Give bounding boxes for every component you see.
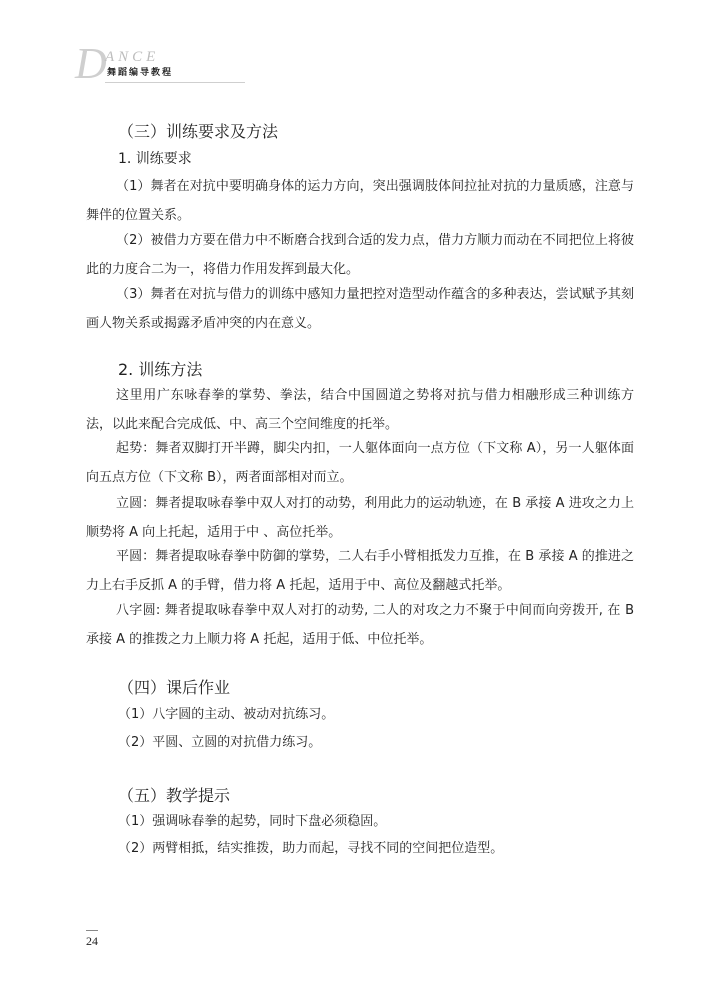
paragraph: 起势：舞者双脚打开半蹲，脚尖内扣，一人躯体面向一点方位（下文称 A），另一人躯体… xyxy=(86,434,634,492)
book-title: 舞蹈编导教程 xyxy=(107,69,173,78)
section-heading-3: （三）训练要求及方法 xyxy=(118,122,278,142)
dance-logo-text: ANCE xyxy=(105,50,159,65)
subsection-heading-requirements: 1. 训练要求 xyxy=(118,150,192,168)
paragraph: （3）舞者在对抗与借力的训练中感知力量把控对造型动作蕴含的多种表达，尝试赋予其刻… xyxy=(86,280,634,338)
running-header: D ANCE 舞蹈编导教程 xyxy=(75,50,235,90)
paragraph: 立圆：舞者提取咏春拳中双人对打的动势，利用此力的运动轨迹，在 B 承接 A 进攻… xyxy=(86,489,634,547)
list-item: （2）平圆、立圆的对抗借力练习。 xyxy=(118,734,321,752)
paragraph: （2）被借力方要在借力中不断磨合找到合适的发力点，借力方顺力而动在不同把位上将彼… xyxy=(86,226,634,284)
list-item: （2）两臂相抵，结实推拨，助力而起，寻找不同的空间把位造型。 xyxy=(118,840,503,858)
dance-logo-letter: D xyxy=(75,42,107,86)
subsection-heading-methods: 2. 训练方法 xyxy=(118,360,202,380)
section-heading-5: （五）教学提示 xyxy=(118,786,230,806)
page-number: 24 xyxy=(86,934,98,949)
section-heading-4: （四）课后作业 xyxy=(118,678,230,698)
paragraph: 八字圆: 舞者提取咏春拳中双人对打的动势, 二人的对攻之力不聚于中间而向旁拨开,… xyxy=(86,596,634,654)
header-rule xyxy=(105,82,245,83)
paragraph: （1）舞者在对抗中要明确身体的运力方向，突出强调肢体间拉扯对抗的力量质感，注意与… xyxy=(86,172,634,230)
list-item: （1）八字圆的主动、被动对抗练习。 xyxy=(118,706,334,724)
folio-rule xyxy=(86,930,98,931)
paragraph: 平圆：舞者提取咏春拳中防御的掌势，二人右手小臂相抵发力互推，在 B 承接 A 的… xyxy=(86,542,634,600)
paragraph: 这里用广东咏春拳的掌势、拳法，结合中国圆道之势将对抗与借力相融形成三种训练方法，… xyxy=(86,381,634,439)
list-item: （1）强调咏春拳的起势，同时下盘必须稳固。 xyxy=(118,813,386,831)
